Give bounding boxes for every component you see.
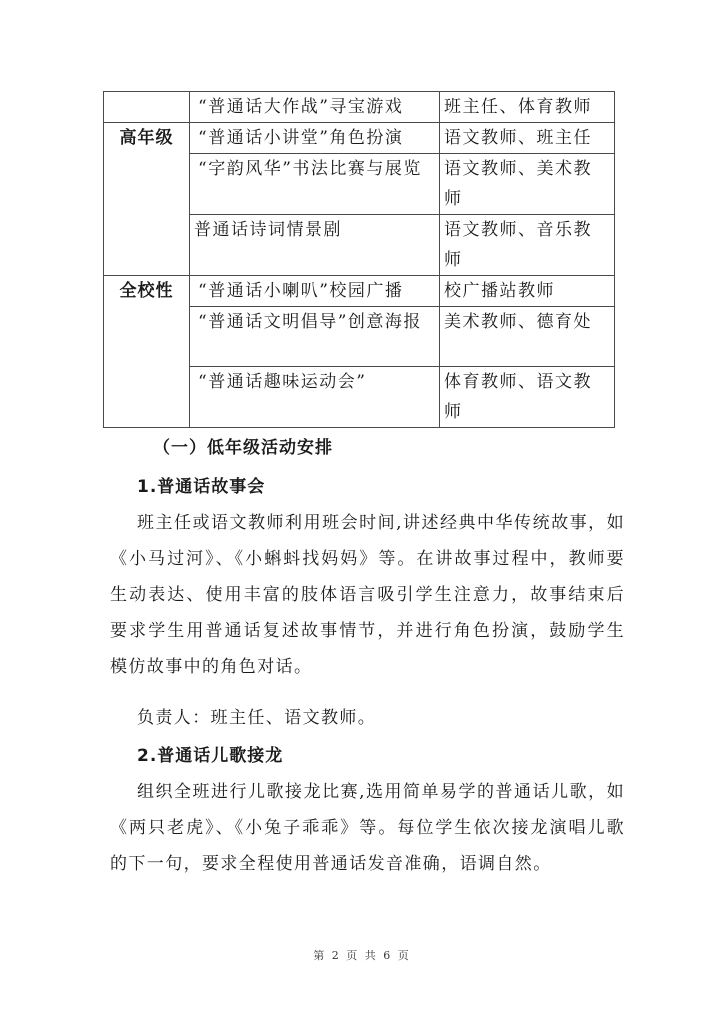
grade-cell: [104, 92, 190, 123]
item-paragraph-rhyme: 组织全班进行儿歌接龙比赛,选用简单易学的普通话儿歌，如《两只老虎》、《小兔子乖乖…: [110, 774, 625, 882]
section-heading: （一）低年级活动安排: [153, 433, 333, 458]
owner-cell: 语文教师、美术教师: [440, 154, 615, 215]
grade-cell: 高年级: [104, 123, 190, 276]
activity-table: “普通话大作战”寻宝游戏 班主任、体育教师 高年级 “普通话小讲堂”角色扮演 语…: [103, 91, 615, 428]
responsible-line: 负责人：班主任、语文教师。: [137, 703, 376, 728]
activity-cell: “字韵风华”书法比赛与展览: [190, 154, 440, 215]
activity-cell: “普通话大作战”寻宝游戏: [190, 92, 440, 123]
owner-cell: 语文教师、音乐教师: [440, 215, 615, 276]
activity-cell: “普通话文明倡导”创意海报: [190, 307, 440, 367]
item-paragraph-story: 班主任或语文教师利用班会时间,讲述经典中华传统故事，如《小马过河》、《小蝌蚪找妈…: [110, 505, 625, 685]
activity-cell: 普通话诗词情景剧: [190, 215, 440, 276]
page-number: 第 2 页 共 6 页: [0, 947, 724, 963]
table-row: 全校性 “普通话小喇叭”校园广播 校广播站教师: [104, 276, 615, 307]
owner-cell: 语文教师、班主任: [440, 123, 615, 154]
table-row: 高年级 “普通话小讲堂”角色扮演 语文教师、班主任: [104, 123, 615, 154]
owner-cell: 校广播站教师: [440, 276, 615, 307]
item-title-rhyme: 2.普通话儿歌接龙: [137, 741, 283, 766]
owner-cell: 班主任、体育教师: [440, 92, 615, 123]
owner-cell: 体育教师、语文教师: [440, 367, 615, 428]
grade-cell: 全校性: [104, 276, 190, 428]
activity-cell: “普通话小讲堂”角色扮演: [190, 123, 440, 154]
activity-cell: “普通话小喇叭”校园广播: [190, 276, 440, 307]
item-title-story: 1.普通话故事会: [137, 472, 265, 497]
document-page: “普通话大作战”寻宝游戏 班主任、体育教师 高年级 “普通话小讲堂”角色扮演 语…: [0, 0, 724, 1024]
owner-cell: 美术教师、德育处: [440, 307, 615, 367]
activity-cell: “普通话趣味运动会”: [190, 367, 440, 428]
table-row: “普通话大作战”寻宝游戏 班主任、体育教师: [104, 92, 615, 123]
